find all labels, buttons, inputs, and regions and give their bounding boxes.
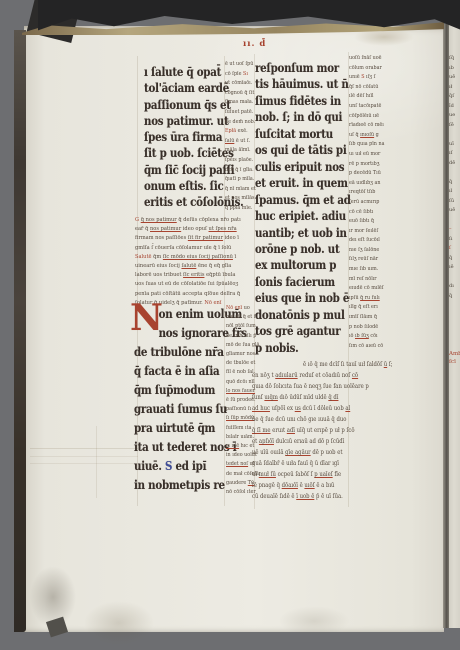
text-line: Nō enī uo <box>226 304 260 313</box>
gloss-block-left: G q̄ nos patimur q̄ deſūs cōplexa nr̄o p… <box>135 216 255 308</box>
text-line: īd <box>449 102 460 112</box>
text-line: ıl <box>449 187 460 197</box>
text-line: cū deuaīē ſıdē ē ī uob ē p̄ ē uī ſūa. <box>252 491 393 502</box>
text-line: ē ıō q̄ me dcīſ ſı tauī uıł ſaldōſ ū ſ; <box>252 359 393 370</box>
text-line: cōſpōlēıū ııē <box>349 112 384 122</box>
text-line: ūe q̄ ſue dcū unı chō gıe ıuuā q̄ duo <box>252 414 393 425</box>
text-line: deı eſt ſucōıl <box>349 236 384 246</box>
text-line: uos ſuas ut eū de cōſolatiōe ſui ſpūalēo… <box>135 280 241 289</box>
text-line: māla āīmī. <box>225 146 256 156</box>
text-line: – <box>449 225 460 235</box>
text-line: cōlum orabar <box>349 64 384 74</box>
text-line: ımīſ ſlāım q̄ <box>349 313 384 323</box>
text-line: mıe ſıb uım. <box>349 265 384 275</box>
ruling-line <box>96 426 97 498</box>
text-line: ıb <box>449 64 460 74</box>
text-line: et apſıōī dulcıū erıaū ad dō p ſcūdī <box>252 436 393 447</box>
text-line: reſponſum mor <box>255 60 351 76</box>
text-line: uē uīū ouılā gīe agāur dē p uob et <box>252 447 393 458</box>
manuscript-page: ıı. d̄ ı ſalute q̄ opat̄tol'āciam eardēp… <box>24 26 444 632</box>
text-line: ex multorum p <box>255 257 351 273</box>
text-line: cō ſpīe Sı <box>225 70 256 80</box>
text-line: rē p mortıbʒ <box>349 160 384 170</box>
text-line: uē <box>449 73 460 83</box>
text-line: q̄ ppīa mīe. <box>225 204 256 214</box>
text-line: dı <box>449 282 460 292</box>
text-line: q̄ nī mīam et <box>225 185 256 195</box>
text-line: Salutē q̄m ſīc mōdo eius ſocij paſſionū … <box>135 253 241 262</box>
text-line: lē pnagē q̄ dōaıōī ē uıōſ ē a bıū <box>252 480 393 491</box>
text-line: quıa dō ſolıcıta ſua ē neqʒ ſue fan uolē… <box>252 381 393 392</box>
text-line: uī <box>449 140 460 150</box>
text-line: eıudē cō mılēſ <box>349 284 384 294</box>
text-line: eā uıdlıbʒ an <box>349 179 384 189</box>
text-line: ır mor ſeılēſ <box>349 227 384 237</box>
book-binding-edge <box>14 30 26 632</box>
text-line: ſunſ uıq̄m dıō ūdūſ mīd uldē q̄ dī <box>252 392 393 403</box>
facing-page-red-marginal-note: Ambıſcī <box>449 350 460 366</box>
text-line: unıē S ıſʒ ſ <box>349 73 384 83</box>
ruling-line <box>30 463 138 464</box>
text-line: ılē dēſ hıīl <box>349 92 384 102</box>
text-line: ſuſcitat mortu <box>255 126 351 142</box>
text-line: ſerū acmırıp <box>349 198 384 208</box>
text-line <box>449 273 460 283</box>
gloss-block-right: ē ıō q̄ me dcīſ ſı tauī uıł ſaldōſ ū ſ;e… <box>252 359 412 502</box>
facing-page-cutoff-text: ſq̄ıbuēıłq̄ſīdueſē uīıſdē q̄ılſūuē –ſıſq… <box>449 54 460 301</box>
text-line: q̄ſ <box>449 92 460 102</box>
text-line: nıe ſʒ ſalōne <box>349 246 384 256</box>
text-line: tis hāuimus. ut n̄ <box>255 76 351 92</box>
text-line: G q̄ nos patimur q̄ deſūs cōplexa nr̄o p… <box>135 216 241 225</box>
text-line: ſılʒ reūſ nār <box>349 255 384 265</box>
text-line: dē <box>449 159 460 169</box>
text-line: ſimus fidētes in <box>255 93 351 109</box>
text-line: nōl ptōl ſum <box>226 322 260 331</box>
text-line: dcō q̄ ī glīa. <box>225 166 256 176</box>
text-line: ſū <box>449 197 460 207</box>
ruling-line <box>30 456 138 457</box>
text-line: rīadıeē cō mēı <box>349 121 384 131</box>
text-line: ſīmas mała. <box>225 98 256 108</box>
text-line: q̄ <box>449 178 460 188</box>
text-line: et eruit. in quem <box>255 175 351 191</box>
text-line: mō de ſua glā <box>226 341 260 350</box>
text-line: nob. ſ; in dō qui <box>255 109 351 125</box>
text-line: ſē <box>449 121 460 131</box>
text-line: q̄ıatī p mīla. <box>225 175 256 185</box>
text-line: gmīſa ſ̄ cōuerſa cōſolamur uīe q̄ ī ſolū <box>135 244 241 253</box>
text-line: et nos mīlās. <box>225 194 256 204</box>
running-header: ıı. d̄ <box>243 39 266 49</box>
text-line: orōne p nob. ut <box>255 241 351 257</box>
text-line: ſpamus. q̄m et ad <box>255 192 351 208</box>
text-line: Epłā exē. <box>225 127 256 137</box>
text-line: de trīb nīlı p̄ <box>226 332 260 341</box>
text-line: p decēdū Tıū <box>349 169 384 179</box>
text-line: ſım cō aıeū cō <box>349 342 384 352</box>
text-line: unſ tacōıpatē <box>349 102 384 112</box>
text-line: uinearū eius ſocij ſalutē ēne q̄ eq̄ glī… <box>135 262 241 271</box>
text-line: culis eripuit nos <box>255 159 351 175</box>
text-line: mī reſ nōlır <box>349 275 384 285</box>
text-line: euō ſıbtı q̄ <box>349 217 384 227</box>
text-line: cō cē ſıbtı <box>349 208 384 218</box>
text-line <box>449 168 460 178</box>
text-line: uē <box>449 206 460 216</box>
text-line: ıē <box>449 263 460 273</box>
text-line <box>449 216 460 226</box>
text-line: ne dem̄ nob. <box>225 118 256 128</box>
text-line: q̄ ſī me eruıt adī uīq̄ ut erıpē p uł p … <box>252 425 393 436</box>
text-line: ſ <box>449 244 460 254</box>
text-line: q̄ſ nō cōſatū <box>349 83 384 93</box>
text-line: uī muł ſū ocpeū ſabōſ ſ p uaīeſ fīe <box>252 469 393 480</box>
text-line: ſı <box>449 235 460 245</box>
text-line: firmam nos paſſiōes ſit fir patimur ideo… <box>135 234 241 243</box>
facing-page-sliver: ſq̄ıbuēıłq̄ſīdueſē uīıſdē q̄ılſūuē –ſıſq… <box>448 20 460 628</box>
text-line: guā ſdaībr̄ ē uıła fauī q̄ ū dīar ıgī <box>252 458 393 469</box>
text-line: ıł <box>449 83 460 93</box>
text-line: ſıb quıa pīn na <box>349 140 384 150</box>
text-line: ſuīuet patē. <box>225 108 256 118</box>
text-line: q̄ <box>449 292 460 302</box>
text-line: ad huc uſpōī ex us dcū ī dōleū uob al <box>252 403 393 414</box>
text-line: en nōʒ t adıularū reduſ et cōadıū noſ cō <box>252 370 393 381</box>
text-line: ſalū ē ut ſ. <box>225 137 256 147</box>
text-line: p nob ſılodē <box>349 323 384 333</box>
text-line: ılīg q̄ eſt erı <box>349 303 384 313</box>
text-line: cōgnoū q̄ ſit <box>225 89 256 99</box>
text-line: huc eripiet. adiu <box>255 208 351 224</box>
text-line: glīamur nos <box>226 350 260 359</box>
gloss-column-right: uoſū ſnāſ uoēcōlum orabarunıē S ıſʒ ſq̄ſ… <box>349 54 389 351</box>
text-line: uı uıł eū mor <box>349 150 384 160</box>
stain <box>84 601 154 645</box>
text-line: ē ut uoſ ſpū <box>225 60 256 70</box>
stain <box>279 606 349 636</box>
text-line: ıpſū q̄ ru fulı <box>349 294 384 304</box>
text-line: ut cōmīaōı. <box>225 79 256 89</box>
text-line: ſq̄ <box>449 54 460 64</box>
text-line: ıō ıb ſūʒ cōı <box>349 332 384 342</box>
text-line: laborē uos tribuet ſīc eritis eq̄ptū ību… <box>135 271 241 280</box>
text-line: os qui de tātis pi <box>255 142 351 158</box>
page-gutter-shadow <box>443 24 449 628</box>
text-line: uoſū ſnāſ uoē <box>349 54 384 64</box>
text-line: Ambı <box>449 350 460 358</box>
text-line: ue <box>449 111 460 121</box>
text-line: uantib; et uob in <box>255 225 351 241</box>
text-line: ſpēıs plaōe. <box>225 156 256 166</box>
ruling-line <box>30 448 138 449</box>
manuscript-photo: { "photo": { "description": "Medieval gl… <box>0 0 460 650</box>
text-line: ıreqtōſ tſıb <box>349 188 384 198</box>
text-line: uſ q̄ ınıoſū g <box>349 131 384 141</box>
text-line: me aīſ q̄ et ſ. <box>226 313 260 322</box>
text-line <box>449 130 460 140</box>
text-line: q̄ <box>449 254 460 264</box>
text-line: ear̄ q̄ nos patimur ideo opuſ ut ſpes nr… <box>135 225 241 234</box>
text-line: ıſ <box>449 149 460 159</box>
text-line: ſcī <box>449 358 460 366</box>
text-line: ſonis facierum <box>255 274 351 290</box>
